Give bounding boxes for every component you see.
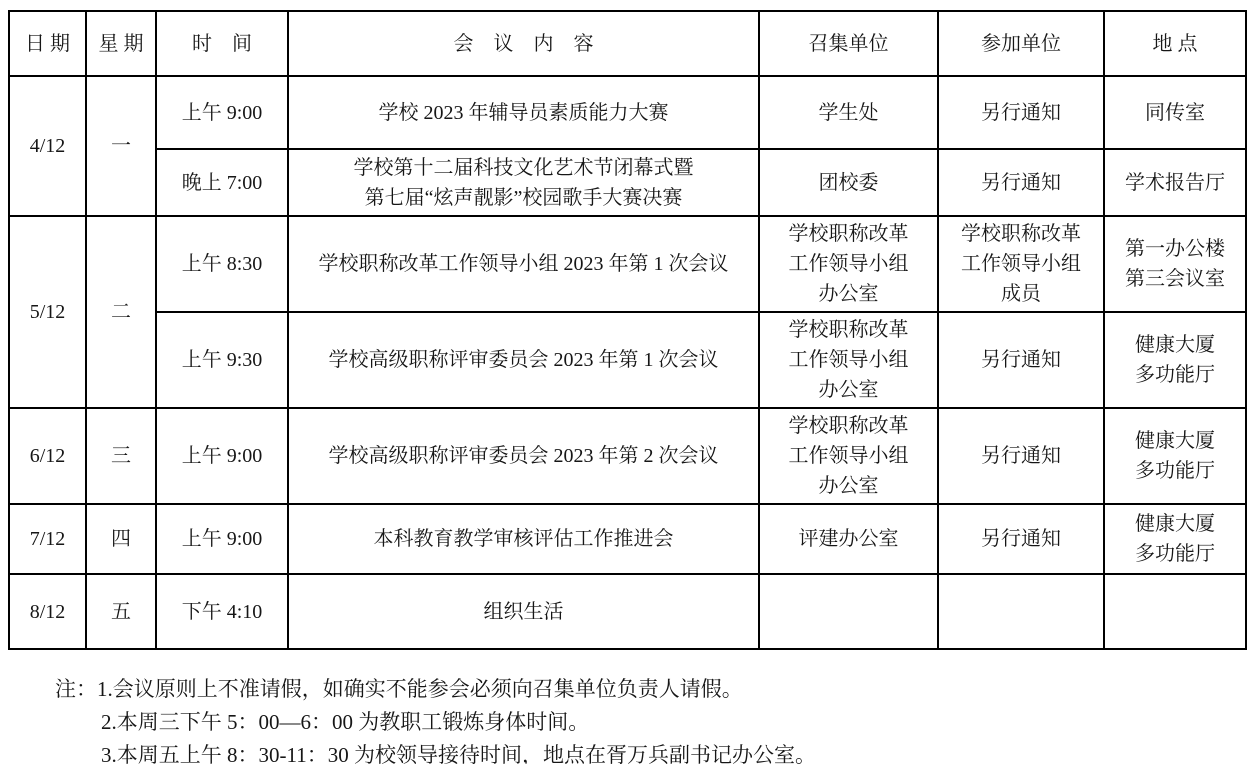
- meeting-schedule-page: 日 期 星 期 时 间 会 议 内 容 召集单位 参加单位 地 点 4/12 一…: [0, 0, 1251, 764]
- location-cell: 学术报告厅: [1104, 149, 1246, 216]
- time-cell: 上午 8:30: [156, 216, 288, 312]
- location-cell: [1104, 574, 1246, 649]
- meeting-content-cell: 学校职称改革工作领导小组 2023 年第 1 次会议: [288, 216, 759, 312]
- schedule-table: 日 期 星 期 时 间 会 议 内 容 召集单位 参加单位 地 点 4/12 一…: [8, 10, 1247, 650]
- convener-cell: 学校职称改革 工作领导小组 办公室: [759, 312, 938, 408]
- date-cell: 4/12: [9, 76, 86, 216]
- table-header: 日 期 星 期 时 间 会 议 内 容 召集单位 参加单位 地 点: [9, 11, 1246, 76]
- header-convener: 召集单位: [759, 11, 938, 76]
- location-cell: 第一办公楼 第三会议室: [1104, 216, 1246, 312]
- note-text: 1.会议原则上不准请假，如确实不能参会必须向召集单位负责人请假。: [97, 673, 743, 706]
- header-week: 星 期: [86, 11, 156, 76]
- table-row: 6/12 三 上午 9:00 学校高级职称评审委员会 2023 年第 2 次会议…: [9, 408, 1246, 504]
- time-cell: 晚上 7:00: [156, 149, 288, 216]
- meeting-content-cell: 学校高级职称评审委员会 2023 年第 1 次会议: [288, 312, 759, 408]
- note-text: 3.本周五上午 8：30-11：30 为校领导接待时间，地点在胥万兵副书记办公室…: [101, 739, 816, 764]
- header-location: 地 点: [1104, 11, 1246, 76]
- meeting-content-cell: 学校高级职称评审委员会 2023 年第 2 次会议: [288, 408, 759, 504]
- table-row: 7/12 四 上午 9:00 本科教育教学审核评估工作推进会 评建办公室 另行通…: [9, 504, 1246, 574]
- location-cell: 健康大厦 多功能厅: [1104, 408, 1246, 504]
- meeting-content-cell: 学校第十二届科技文化艺术节闭幕式暨 第七届“炫声靓影”校园歌手大赛决赛: [288, 149, 759, 216]
- table-row: 5/12 二 上午 8:30 学校职称改革工作领导小组 2023 年第 1 次会…: [9, 216, 1246, 312]
- convener-cell: [759, 574, 938, 649]
- convener-cell: 学校职称改革 工作领导小组 办公室: [759, 216, 938, 312]
- time-cell: 上午 9:00: [156, 504, 288, 574]
- table-row: 8/12 五 下午 4:10 组织生活: [9, 574, 1246, 649]
- date-cell: 6/12: [9, 408, 86, 504]
- note-text: 2.本周三下午 5：00—6：00 为教职工锻炼身体时间。: [101, 706, 589, 739]
- convener-cell: 团校委: [759, 149, 938, 216]
- week-cell: 三: [86, 408, 156, 504]
- meeting-content-cell: 本科教育教学审核评估工作推进会: [288, 504, 759, 574]
- meeting-content-cell: 学校 2023 年辅导员素质能力大赛: [288, 76, 759, 149]
- convener-cell: 学校职称改革 工作领导小组 办公室: [759, 408, 938, 504]
- week-cell: 四: [86, 504, 156, 574]
- date-cell: 7/12: [9, 504, 86, 574]
- week-cell: 二: [86, 216, 156, 408]
- location-cell: 健康大厦 多功能厅: [1104, 504, 1246, 574]
- participants-cell: 学校职称改革 工作领导小组 成员: [938, 216, 1104, 312]
- week-cell: 一: [86, 76, 156, 216]
- location-cell: 健康大厦 多功能厅: [1104, 312, 1246, 408]
- time-cell: 下午 4:10: [156, 574, 288, 649]
- note-line: 2.本周三下午 5：00—6：00 为教职工锻炼身体时间。: [101, 706, 816, 739]
- header-content: 会 议 内 容: [288, 11, 759, 76]
- participants-cell: [938, 574, 1104, 649]
- convener-cell: 学生处: [759, 76, 938, 149]
- participants-cell: 另行通知: [938, 408, 1104, 504]
- time-cell: 上午 9:30: [156, 312, 288, 408]
- participants-cell: 另行通知: [938, 76, 1104, 149]
- table-body: 4/12 一 上午 9:00 学校 2023 年辅导员素质能力大赛 学生处 另行…: [9, 76, 1246, 649]
- table-row: 上午 9:30 学校高级职称评审委员会 2023 年第 1 次会议 学校职称改革…: [9, 312, 1246, 408]
- header-date: 日 期: [9, 11, 86, 76]
- date-cell: 8/12: [9, 574, 86, 649]
- convener-cell: 评建办公室: [759, 504, 938, 574]
- time-cell: 上午 9:00: [156, 408, 288, 504]
- location-cell: 同传室: [1104, 76, 1246, 149]
- participants-cell: 另行通知: [938, 504, 1104, 574]
- table-row: 晚上 7:00 学校第十二届科技文化艺术节闭幕式暨 第七届“炫声靓影”校园歌手大…: [9, 149, 1246, 216]
- week-cell: 五: [86, 574, 156, 649]
- meeting-content-cell: 组织生活: [288, 574, 759, 649]
- note-line: 注： 1.会议原则上不准请假，如确实不能参会必须向召集单位负责人请假。: [55, 673, 816, 706]
- notes-section: 注： 1.会议原则上不准请假，如确实不能参会必须向召集单位负责人请假。 2.本周…: [55, 673, 816, 764]
- date-cell: 5/12: [9, 216, 86, 408]
- header-row: 日 期 星 期 时 间 会 议 内 容 召集单位 参加单位 地 点: [9, 11, 1246, 76]
- time-cell: 上午 9:00: [156, 76, 288, 149]
- notes-label: 注：: [55, 673, 97, 706]
- participants-cell: 另行通知: [938, 312, 1104, 408]
- table-row: 4/12 一 上午 9:00 学校 2023 年辅导员素质能力大赛 学生处 另行…: [9, 76, 1246, 149]
- participants-cell: 另行通知: [938, 149, 1104, 216]
- header-time: 时 间: [156, 11, 288, 76]
- header-participants: 参加单位: [938, 11, 1104, 76]
- note-line: 3.本周五上午 8：30-11：30 为校领导接待时间，地点在胥万兵副书记办公室…: [101, 739, 816, 764]
